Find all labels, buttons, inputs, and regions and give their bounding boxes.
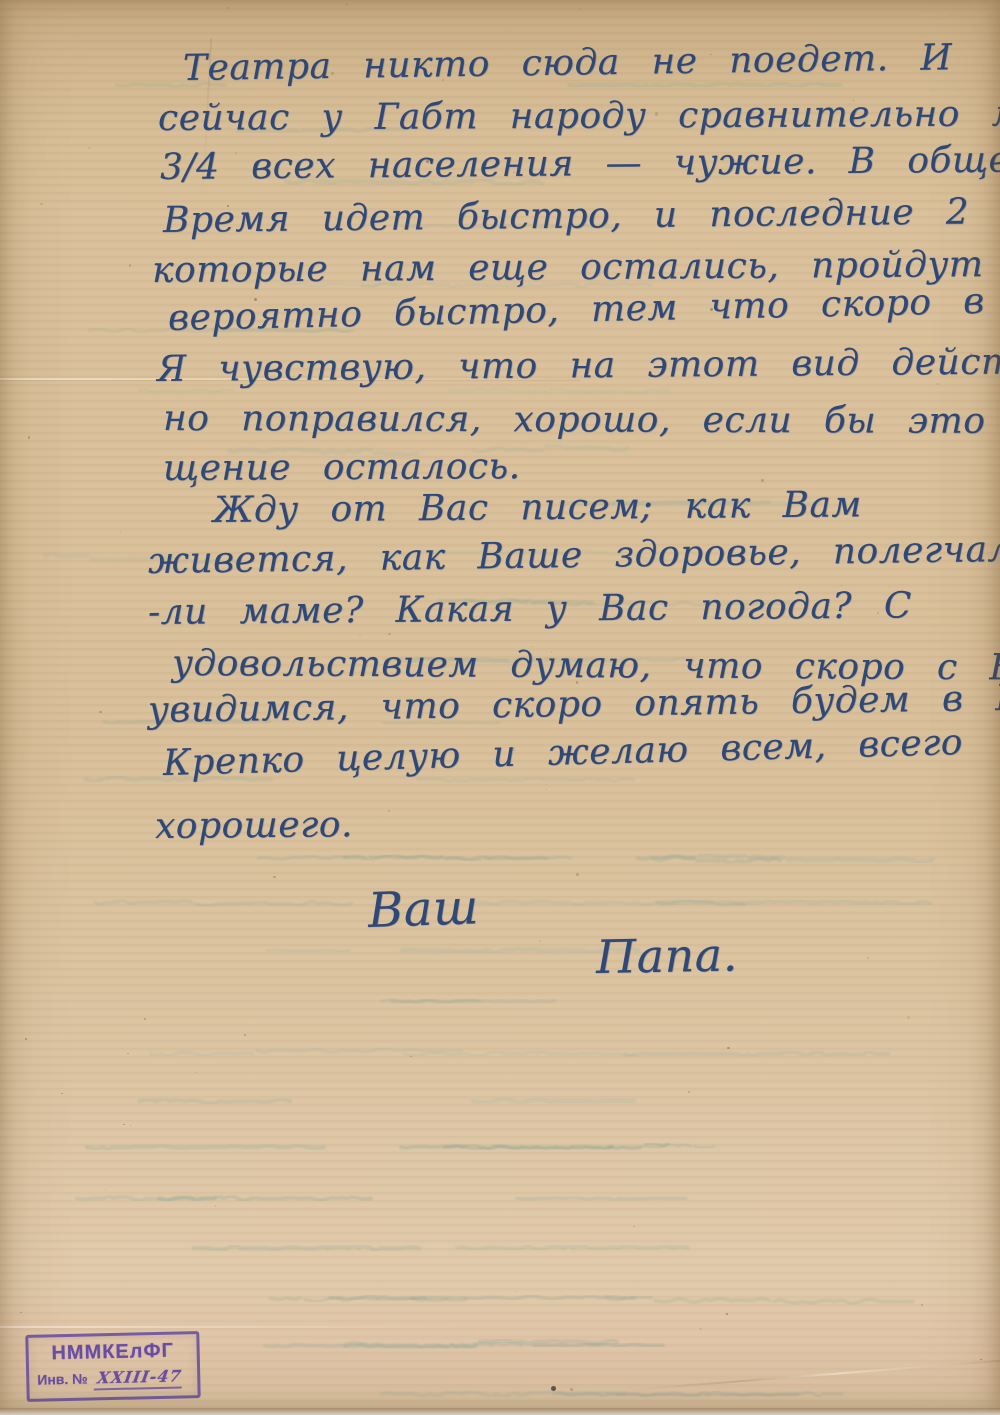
letter-line: щение осталось. (163, 446, 521, 489)
signature-text: Папа. (596, 928, 739, 984)
letter-line: Жду от Вас писем; как Вам (213, 484, 862, 531)
letter-line: сейчас у Габт народу сравнительно мало; (158, 93, 1000, 139)
stamp-inventory-number: XXIII-47 (93, 1366, 185, 1390)
stamp-inventory-label: Инв. № (37, 1371, 88, 1388)
letter-line: Я чувствую, что на этот вид действитель- (157, 340, 1000, 390)
valediction-text: Ваш (367, 879, 480, 939)
letter-line: -ли маме? Какая у Вас погода? С (148, 585, 912, 633)
scan-bottom-edge (0, 1408, 1000, 1415)
stamp-org-code: НММКЕлФГ (36, 1339, 188, 1365)
archive-stamp: НММКЕлФГ Инв. № XXIII-47 (25, 1331, 200, 1402)
letter-line: хорошего. (155, 804, 353, 847)
letter-line: но поправился, хорошо, если бы это ощу- (163, 398, 1000, 442)
letter-line: 3/4 всех населения — чужие. В общем — (160, 139, 1000, 188)
letter-page: Театра никто сюда не поедет. И сейчас у … (0, 0, 1000, 1415)
